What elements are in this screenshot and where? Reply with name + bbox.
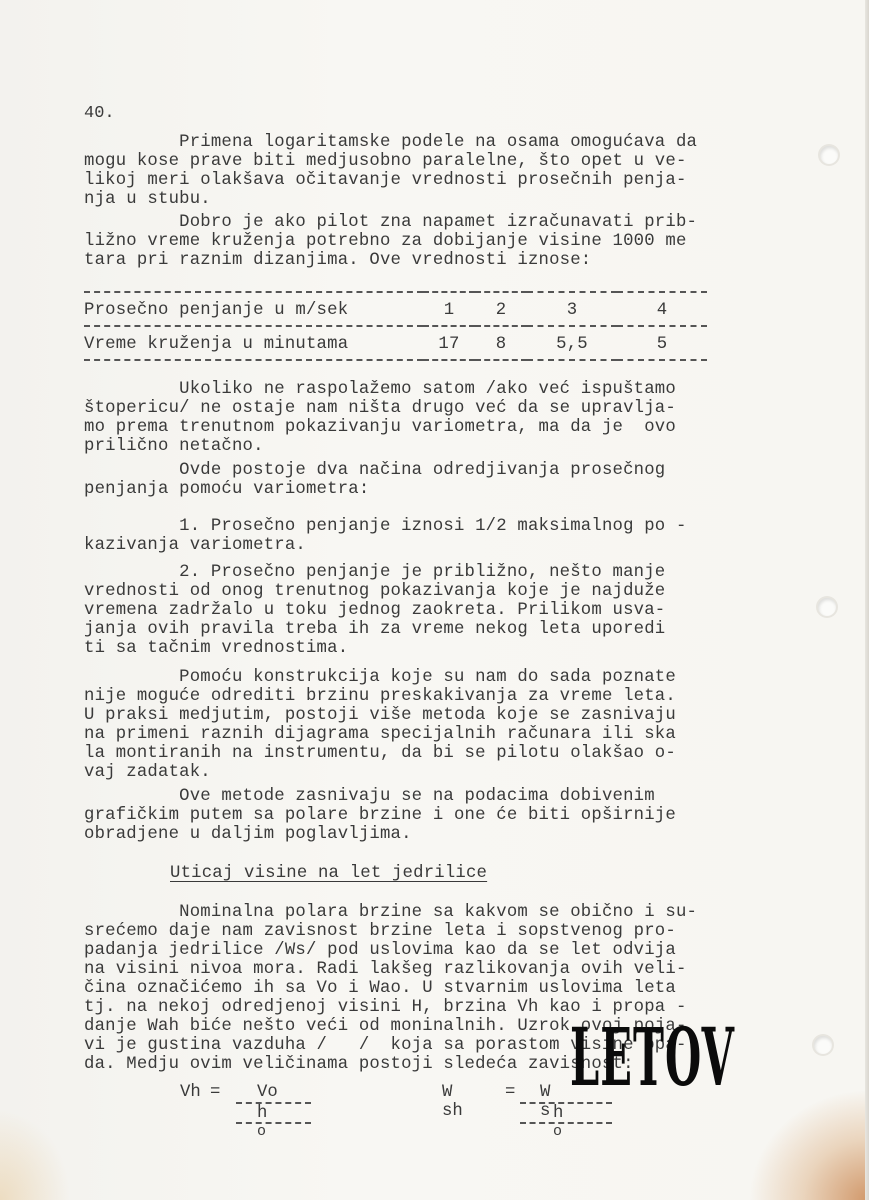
fraction-line xyxy=(236,1122,311,1124)
table-cell: 4 xyxy=(617,292,707,326)
formula-subscript: o xyxy=(553,1123,562,1140)
paragraph-two-methods: Ovde postoje dva načina odredjivanja pro… xyxy=(84,461,665,499)
formula-denominator: h xyxy=(553,1104,563,1123)
scanned-page: 40. Primena logaritamske podele na osama… xyxy=(0,0,869,1200)
punch-hole xyxy=(818,598,836,616)
paragraph-circling-time: Dobro je ako pilot zna napamet izračunav… xyxy=(84,213,697,270)
climb-time-table: Prosečno penjanje u m/sek 1 2 3 4 Vreme … xyxy=(84,291,707,361)
paragraph-logarithmic-scale: Primena logaritamske podele na osama omo… xyxy=(84,133,697,209)
row-label: Vreme kruženja u minutama xyxy=(84,326,423,360)
punch-hole xyxy=(814,1036,832,1054)
formula-operator: = xyxy=(505,1083,515,1102)
formula-lhs: Vh xyxy=(180,1083,201,1102)
punch-hole xyxy=(820,146,838,164)
table-cell: 1 xyxy=(423,292,475,326)
table-cell: 5,5 xyxy=(527,326,617,360)
formula-numerator: Vo xyxy=(257,1083,278,1102)
paragraph-constructions: Pomoću konstrukcija koje su nam do sada … xyxy=(84,668,676,782)
fraction-line xyxy=(236,1102,311,1104)
paragraph-method-1: 1. Prosečno penjanje iznosi 1/2 maksimal… xyxy=(84,517,687,555)
paragraph-without-stopwatch: Ukoliko ne raspolažemo satom /ako već is… xyxy=(84,380,676,456)
page-number: 40. xyxy=(84,104,115,123)
formula-lhs: W sh xyxy=(442,1083,463,1121)
table-cell: 5 xyxy=(617,326,707,360)
table-cell: 3 xyxy=(527,292,617,326)
section-heading: Uticaj visine na let jedrilice xyxy=(170,864,487,883)
row-label: Prosečno penjanje u m/sek xyxy=(84,292,423,326)
formula-denominator: h xyxy=(257,1104,267,1123)
table-cell: 2 xyxy=(475,292,527,326)
table-cell: 17 xyxy=(423,326,475,360)
page-edge xyxy=(865,0,869,1200)
formula-operator: = xyxy=(210,1083,220,1102)
letov-stamp: LETOV xyxy=(570,1017,735,1097)
fraction-line xyxy=(520,1122,612,1124)
formula-subscript: o xyxy=(257,1123,266,1140)
paragraph-graphical-methods: Ove metode zasnivaju se na podacima dobi… xyxy=(84,787,676,844)
paragraph-method-2: 2. Prosečno penjanje je približno, nešto… xyxy=(84,563,665,658)
table-row: Vreme kruženja u minutama 17 8 5,5 5 xyxy=(84,326,707,360)
table-cell: 8 xyxy=(475,326,527,360)
table-row: Prosečno penjanje u m/sek 1 2 3 4 xyxy=(84,292,707,326)
